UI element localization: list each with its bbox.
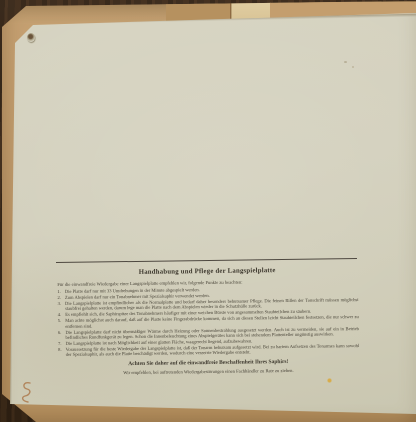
item-number: 1. [57,289,60,294]
paper-speck [352,66,354,68]
paper-hole-mark [27,33,35,42]
item-number: 4. [58,312,61,317]
footer-line: Wir empfehlen, bei auftretenden Wiederga… [57,367,359,376]
item-number: 8. [58,347,61,352]
item-number: 6. [58,329,61,334]
item-number: 3. [58,301,61,306]
instruction-list: 1.Die Platte darf nur mit 33 Umdrehungen… [56,285,359,358]
yellow-stain [327,378,332,383]
item-number: 7. [58,341,61,346]
pencil-squiggle-mark [16,378,42,406]
item-number: 5. [58,318,61,323]
divider-rule [56,258,357,263]
paper-speck [344,61,347,63]
document-title: Handhabung und Pflege der Langspielplatt… [56,266,358,277]
inner-sleeve-paper: Handhabung und Pflege der Langspielplatt… [0,0,416,422]
photo-of-record-sleeve-back: { "photo": { "colors": { "background_woo… [0,0,416,422]
item-number: 2. [57,295,60,300]
care-instructions-block: Handhabung und Pflege der Langspielplatt… [56,258,359,376]
